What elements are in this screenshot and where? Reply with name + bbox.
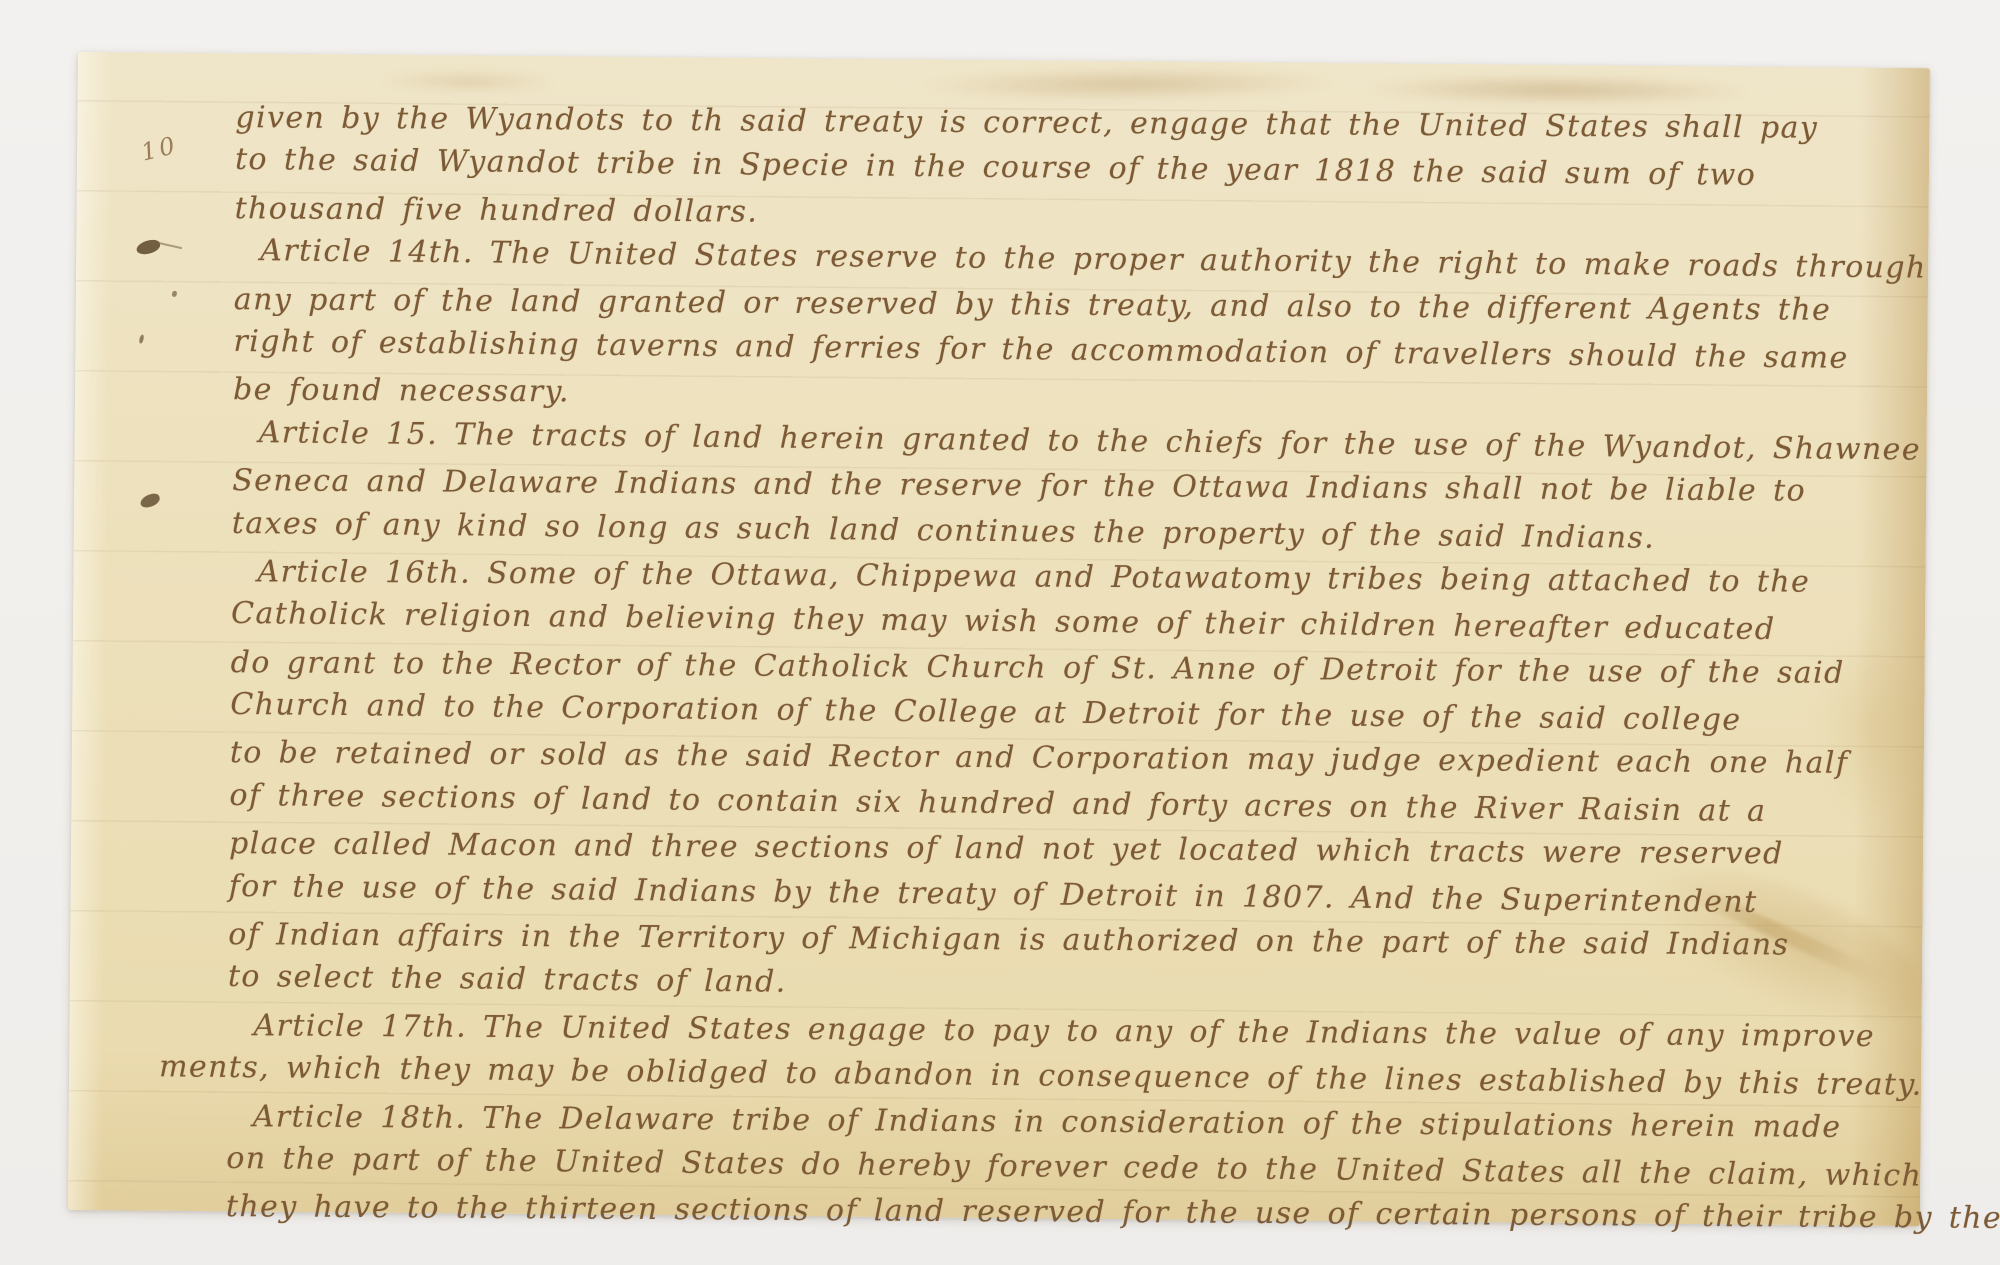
manuscript-text: given by the Wyandots to th said treaty … bbox=[226, 93, 1916, 1242]
manuscript-page: 10 given by the Wyandots to th said trea… bbox=[68, 52, 1930, 1226]
manuscript-line: they have to the thirteen sections of la… bbox=[226, 1184, 1906, 1241]
ink-bleedthrough-smudge bbox=[1368, 73, 1748, 106]
ink-blot bbox=[135, 238, 161, 256]
scan-background: 10 given by the Wyandots to th said trea… bbox=[0, 0, 2000, 1265]
ink-blot bbox=[139, 492, 162, 509]
ink-blot bbox=[139, 334, 145, 344]
ink-bleedthrough-smudge bbox=[918, 65, 1338, 103]
ink-bleedthrough-smudge bbox=[378, 69, 558, 95]
page-number-annotation: 10 bbox=[138, 131, 180, 167]
ink-blot bbox=[172, 291, 177, 297]
